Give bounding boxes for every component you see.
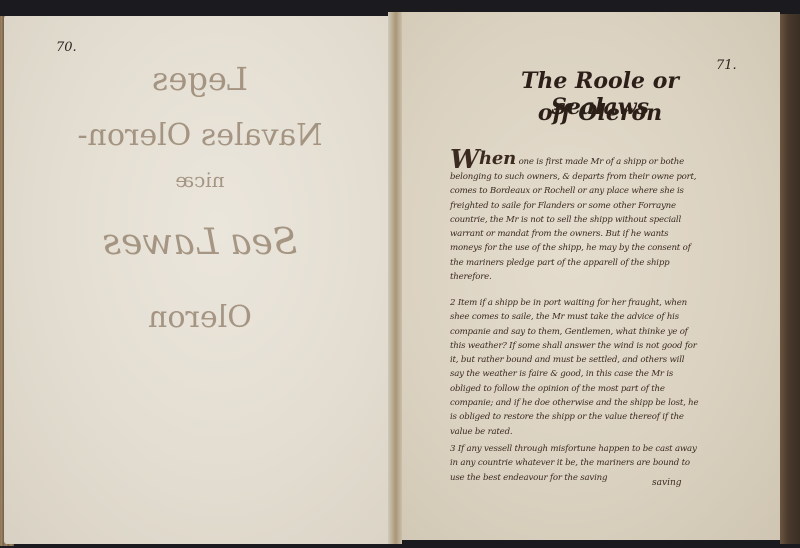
drop-cap: W (450, 145, 479, 175)
book-gutter (388, 12, 402, 544)
paragraph-text: If any vessell through misfortune happen… (450, 444, 697, 483)
paragraph-1: When one is first made Mr of a shipp or … (450, 150, 700, 284)
page-title-line-2: off Oleron (470, 100, 730, 126)
bleed-through-line: Sea Lawes (40, 222, 360, 263)
catchword: saving (652, 478, 682, 488)
open-manuscript-book: 70. 71. Leges Navales Oleron- nicæ Sea L… (0, 0, 800, 548)
bleed-through-line: Navales Oleron- (40, 118, 360, 153)
right-page-fore-edge (780, 14, 800, 544)
folio-number-left: 70. (56, 40, 77, 55)
paragraph-number: 2 (450, 298, 455, 308)
paragraph-2: 2 Item if a shipp be in port waiting for… (450, 296, 700, 439)
paragraph-number: 3 (450, 444, 455, 454)
bleed-through-line: Oleron (40, 300, 360, 335)
paragraph-lead: hen (479, 148, 516, 169)
bleed-through-line: Leges (40, 60, 360, 98)
paragraph-text: Item if a shipp be in port waiting for h… (450, 298, 698, 437)
bleed-through-line: nicæ (40, 168, 360, 192)
paragraph-text: one is first made Mr of a shipp or bothe… (450, 157, 696, 282)
